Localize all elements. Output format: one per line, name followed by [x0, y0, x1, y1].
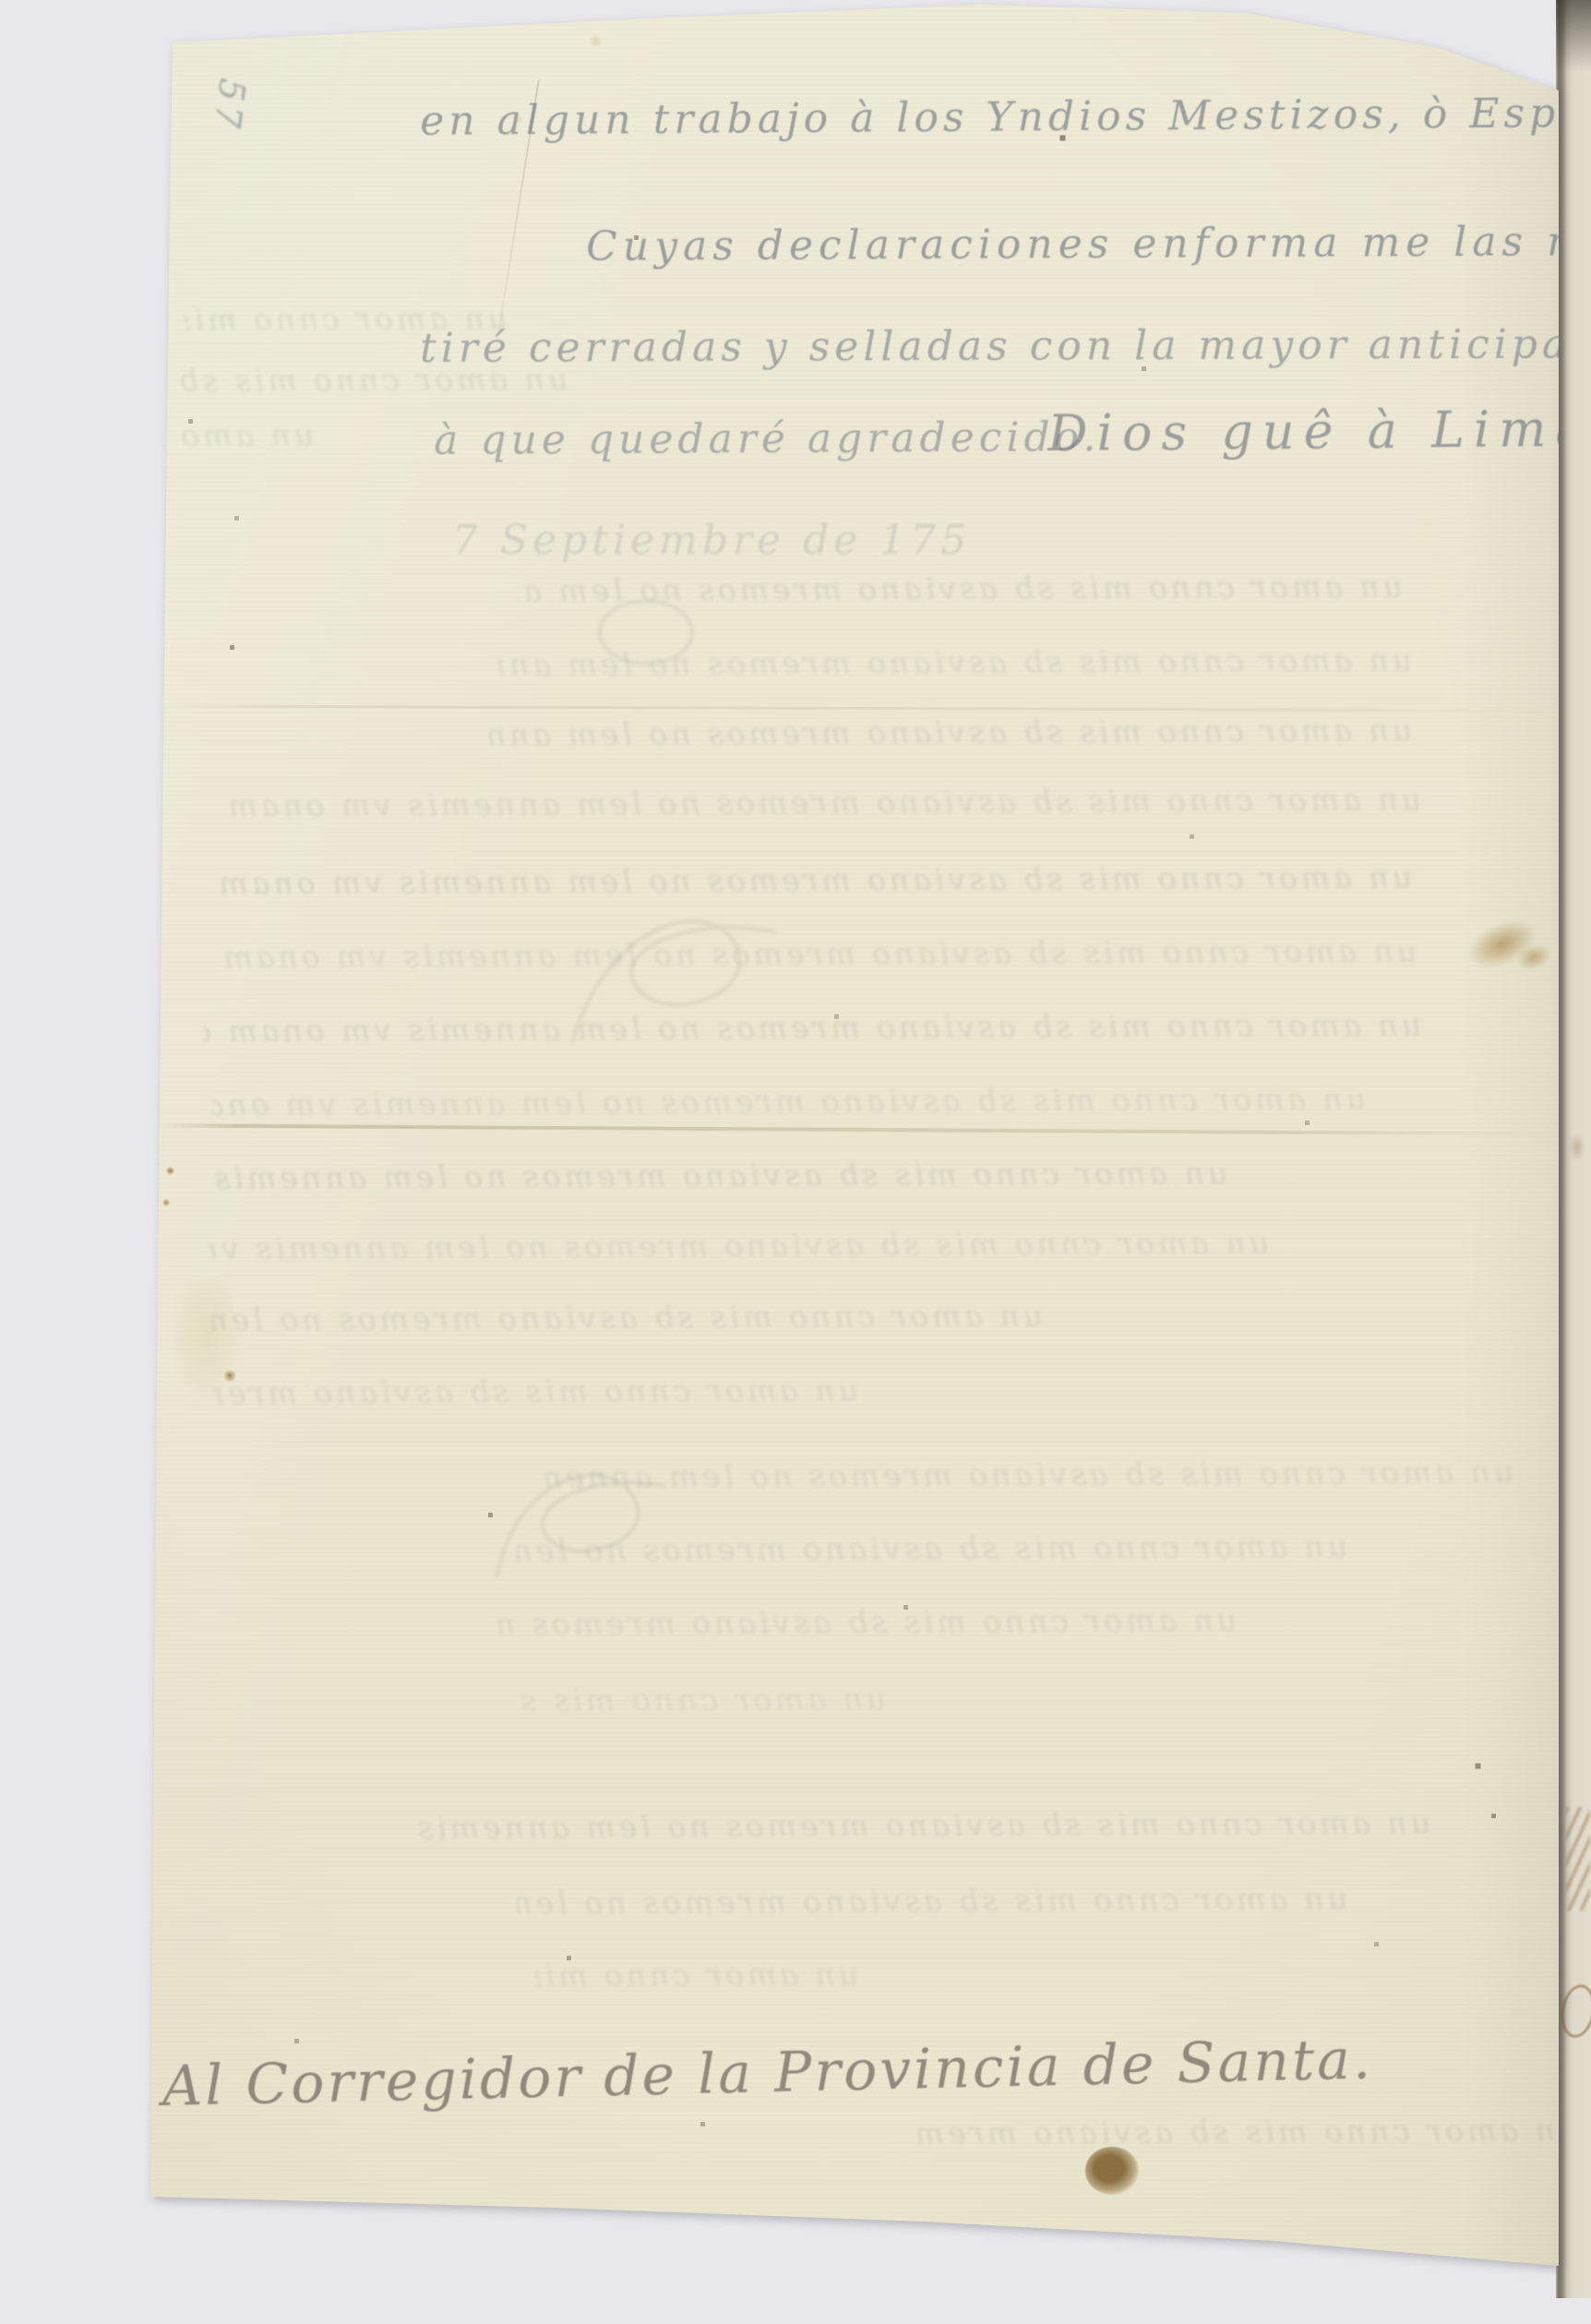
ink-bleedthrough-line: un amor cnno mis sb asviano mremos no le… — [489, 712, 1412, 759]
stain-yellow-left-edge — [173, 1274, 238, 1394]
stain-top-speck-2 — [589, 35, 603, 47]
stain-dot-left — [223, 1370, 236, 1382]
ink-bleedthrough-line: un amor cnno mis sb asviano mremos no le… — [517, 1681, 886, 1725]
handwriting-line-1: en algun trabajo à los Yndios Mestizos, … — [420, 90, 1589, 145]
date-line: 7 Septiembre de 175 — [452, 517, 971, 564]
ink-bleedthrough-line: un amor cnno mis sb asviano mremos no le… — [914, 2112, 1578, 2158]
stain-dot-left-3 — [162, 1199, 170, 1206]
ink-bleedthrough-line: un amor cnno mis sb asviano mremos no le… — [212, 1298, 1043, 1345]
ink-stain-right-smudge — [1460, 910, 1545, 979]
ink-bleedthrough-line: un amor cnno mis sb asviano mremos no le… — [498, 1602, 1237, 1648]
ink-bleedthrough-line: un amor cnno mis sb asviano mremos no le… — [175, 417, 314, 461]
handwriting-line-3: tiré cerradas y selladas con la mayor an… — [420, 320, 1591, 372]
ink-bleedthrough-line: un amor cnno mis sb asviano mremos no le… — [498, 641, 1412, 689]
fold-crease-middle — [152, 1123, 1559, 1135]
ink-stain-right-smudge-2 — [1513, 940, 1555, 975]
ink-stain-bottom-blotch — [1085, 2147, 1139, 2195]
ghost-doodle — [591, 591, 701, 674]
manuscript-page: 57 en algun trabajo à los Yndios Mestizo… — [0, 0, 1591, 2324]
stain-dot-left-2 — [166, 1167, 174, 1175]
ink-bleedthrough-line: un amor cnno mis sb asviano mremos no le… — [544, 1454, 1513, 1501]
ink-bleedthrough-line: un amor cnno mis sb asviano mremos no le… — [212, 859, 1412, 908]
ink-bleedthrough-line: un amor cnno mis sb asviano mremos no le… — [208, 1225, 1269, 1273]
ink-bleedthrough-line: un amor cnno mis sb asviano mremos no le… — [212, 1081, 1366, 1130]
handwriting-line-4-dios: Dios guê à Lima — [1047, 400, 1591, 462]
ink-bleedthrough-line: un amor cnno mis sb asviano mremos no le… — [208, 933, 1417, 982]
ink-bleedthrough-line: un amor cnno mis sb asviano mremos no le… — [535, 1956, 858, 2000]
ghost-flourish — [554, 877, 812, 1080]
handwriting-line-2: Cuyas declaraciones enforma me las rem — [586, 218, 1591, 270]
ink-bleedthrough-line: un amor cnno mis sb asviano mremos no le… — [517, 568, 1403, 615]
ink-bleedthrough-line: un amor cnno mis sb asviano mremos no le… — [517, 1881, 1347, 1928]
ink-bleedthrough-line: un amor cnno mis sb asviano mremos no le… — [203, 1007, 1421, 1056]
folio-number: 57 — [206, 77, 253, 135]
handwriting-line-4: à que quedaré agradecido. — [434, 413, 1100, 464]
fold-crease-upper — [157, 704, 1555, 712]
ink-specks — [0, 0, 3, 3]
ink-bleedthrough-line: un amor cnno mis sb asviano mremos no le… — [212, 1372, 858, 1418]
address-line: Al Corregidor de la Provincia de Santa. — [161, 2027, 1374, 2119]
ink-bleedthrough-line: un amor cnno mis sb asviano mremos no le… — [517, 1528, 1347, 1575]
scanned-manuscript-screenshot: 57 en algun trabajo à los Yndios Mestizo… — [0, 0, 1591, 2324]
ink-bleedthrough-line: un amor cnno mis sb asviano mremos no le… — [221, 782, 1421, 831]
ink-bleedthrough-line: un amor cnno mis sb asviano mremos no le… — [415, 1804, 1430, 1852]
ghost-flourish — [480, 1440, 683, 1606]
manuscript-page-wrap: 57 en algun trabajo à los Yndios Mestizo… — [0, 0, 1591, 2324]
ink-bleedthrough-line: un amor cnno mis sb asviano mremos no le… — [212, 1155, 1227, 1203]
